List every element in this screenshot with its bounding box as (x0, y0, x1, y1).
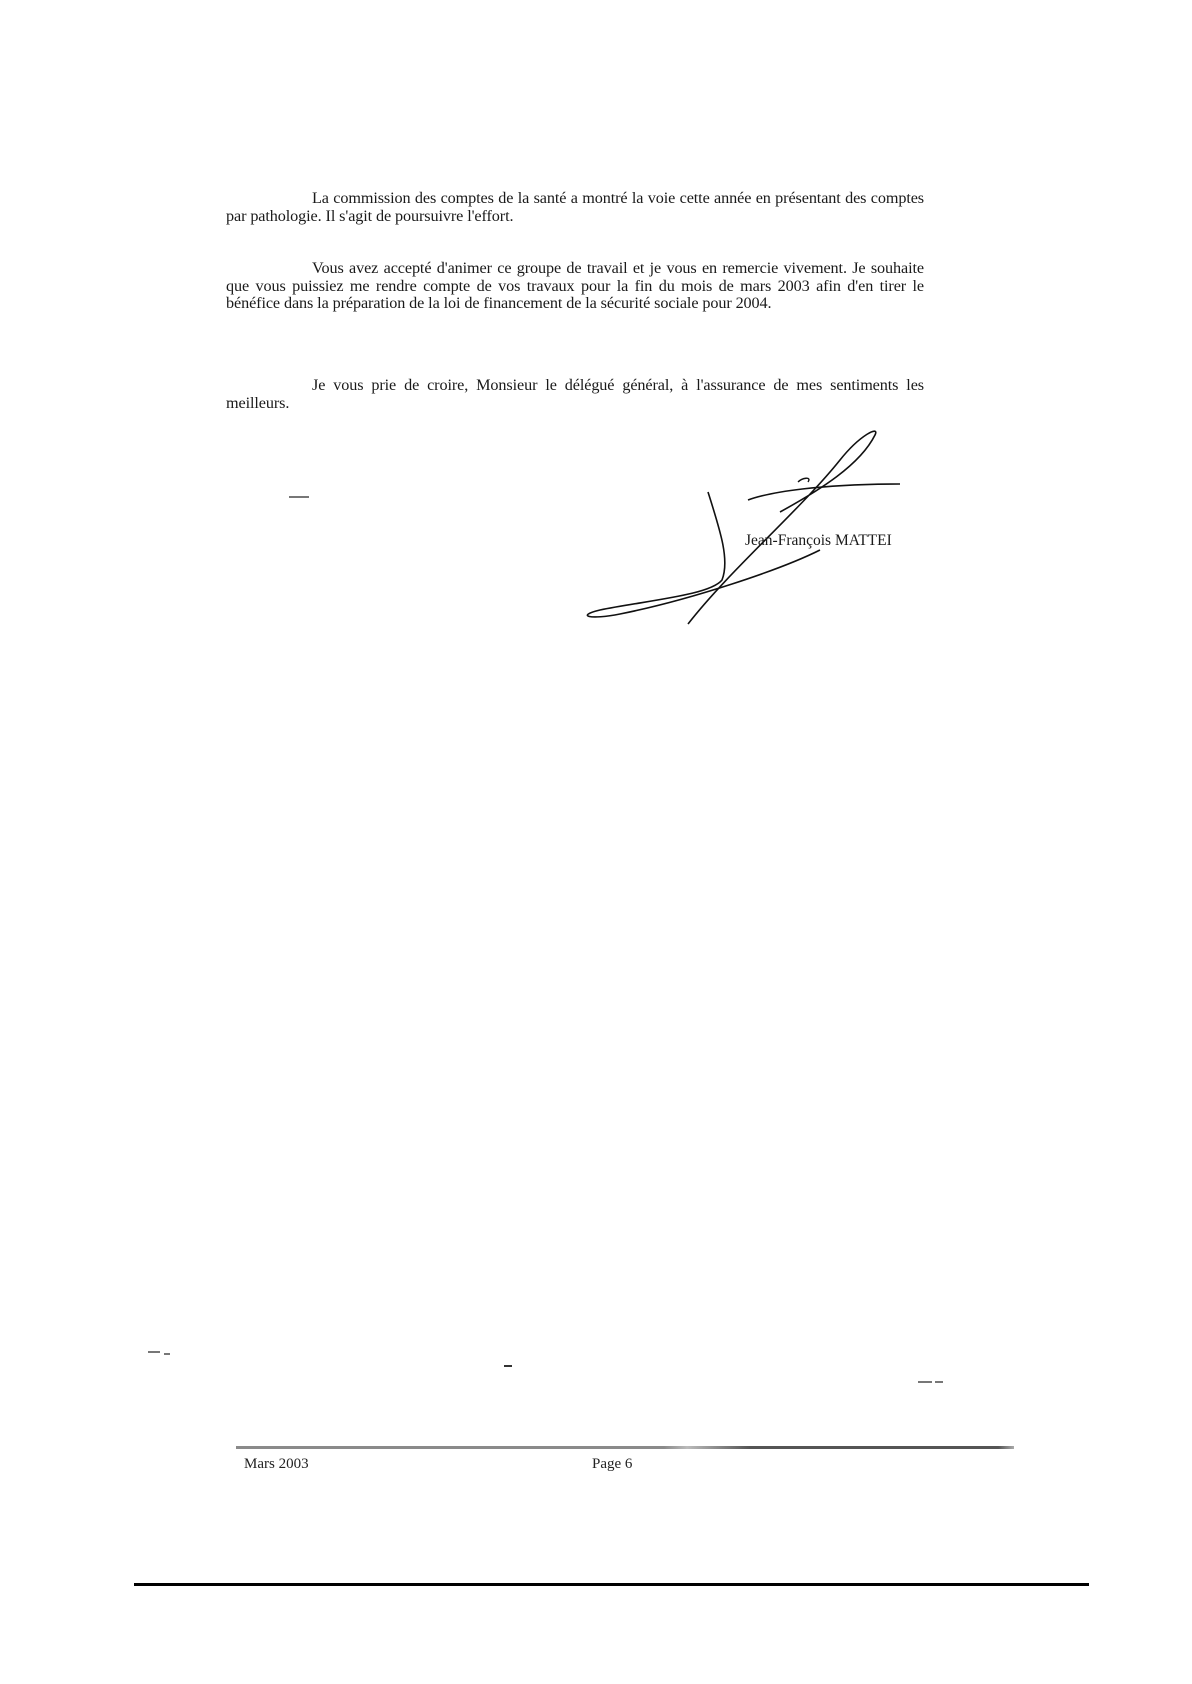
scan-artifact (504, 1365, 512, 1367)
paragraph-text: Je vous prie de croire, Monsieur le délé… (226, 376, 924, 412)
footer-divider (236, 1446, 1014, 1449)
paragraph-closing: Je vous prie de croire, Monsieur le délé… (226, 377, 924, 412)
paragraph-groupe-de-travail: Vous avez accepté d'animer ce groupe de … (226, 260, 924, 313)
scan-artifact (148, 1351, 160, 1353)
scan-artifact (289, 496, 309, 498)
page-number: Page 6 (592, 1456, 632, 1473)
footer-date: Mars 2003 (244, 1456, 309, 1473)
scan-artifact (164, 1353, 170, 1355)
paragraph-text: La commission des comptes de la santé a … (226, 189, 924, 225)
handwritten-signature-icon (580, 420, 940, 630)
paragraph-text: Vous avez accepté d'animer ce groupe de … (226, 259, 924, 312)
scan-artifact (935, 1381, 943, 1383)
page-bottom-rule (134, 1583, 1089, 1586)
paragraph-commission: La commission des comptes de la santé a … (226, 190, 924, 225)
document-page: La commission des comptes de la santé a … (0, 0, 1192, 1684)
scan-artifact (918, 1381, 932, 1383)
signatory-name: Jean-François MATTEI (745, 532, 892, 550)
